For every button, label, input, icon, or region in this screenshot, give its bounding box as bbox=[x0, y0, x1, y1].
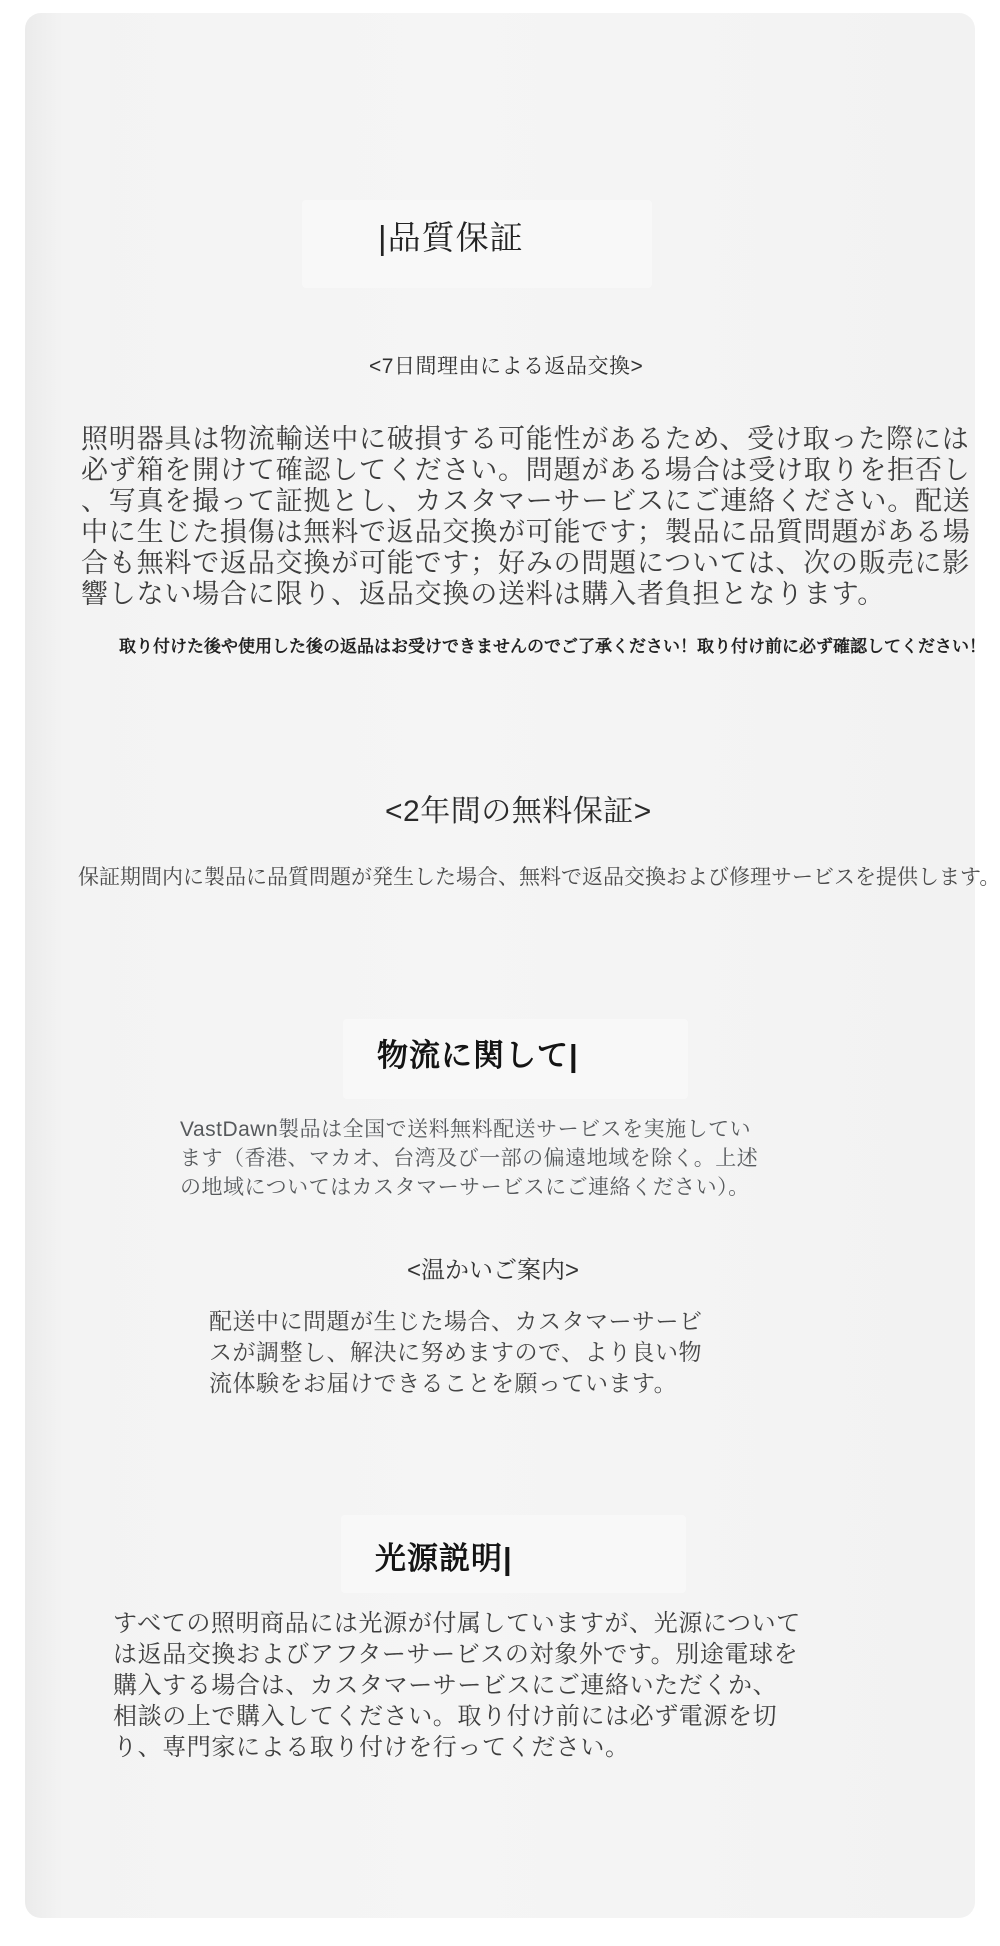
logistics-paragraph: VastDawn製品は全国で送料無料配送サービスを実施してい ます（香港、マカオ… bbox=[180, 1115, 758, 1202]
paragraph-line: 、写真を撮って証拠とし、カスタマーサービスにご連絡ください。配送 bbox=[81, 486, 971, 517]
paragraph-line: は返品交換およびアフターサービスの対象外です。別途電球を bbox=[113, 1639, 801, 1670]
logistics-section-title: 物流に関して| bbox=[377, 1030, 579, 1075]
warranty-description: 保証期間内に製品に品質問題が発生した場合、無料で返品交換および修理サービスを提供… bbox=[78, 861, 1000, 891]
paragraph-line: 合も無料で返品交換が可能です；好みの問題については、次の販売に影 bbox=[81, 548, 971, 579]
warm-notice-heading: <温かいご案内> bbox=[407, 1250, 579, 1285]
paragraph-line: 配送中に問題が生じた場合、カスタマーサービ bbox=[209, 1306, 703, 1337]
paragraph-line: 響しない場合に限り、返品交換の送料は購入者負担となります。 bbox=[81, 579, 971, 610]
paragraph-line: 相談の上で購入してください。取り付け前には必ず電源を切 bbox=[113, 1701, 801, 1732]
quality-guarantee-title: |品質保証 bbox=[378, 212, 524, 259]
paragraph-line: 必ず箱を開けて確認してください。問題がある場合は受け取りを拒否し bbox=[81, 455, 971, 486]
paragraph-line: 照明器具は物流輸送中に破損する可能性があるため、受け取った際には bbox=[81, 424, 971, 455]
paragraph-line: VastDawn製品は全国で送料無料配送サービスを実施してい bbox=[180, 1115, 758, 1144]
warm-notice-paragraph: 配送中に問題が生じた場合、カスタマーサービ スが調整し、解決に努めますので、より… bbox=[209, 1306, 703, 1399]
paragraph-line: の地域についてはカスタマーサービスにご連絡ください）。 bbox=[180, 1173, 758, 1202]
light-source-paragraph: すべての照明商品には光源が付属していますが、光源について は返品交換およびアフタ… bbox=[113, 1608, 801, 1763]
paragraph-line: り、専門家による取り付けを行ってください。 bbox=[113, 1732, 801, 1763]
quality-guarantee-paragraph: 照明器具は物流輸送中に破損する可能性があるため、受け取った際には 必ず箱を開けて… bbox=[81, 424, 971, 610]
paragraph-line: ます（香港、マカオ、台湾及び一部の偏遠地域を除く。上述 bbox=[180, 1144, 758, 1173]
paragraph-line: スが調整し、解決に努めますので、より良い物 bbox=[209, 1337, 703, 1368]
installation-return-note: 取り付けた後や使用した後の返品はお受けできませんのでご了承ください！取り付け前に… bbox=[119, 632, 986, 657]
paragraph-line: すべての照明商品には光源が付属していますが、光源について bbox=[113, 1608, 801, 1639]
paragraph-line: 流体験をお届けできることを願っています。 bbox=[209, 1368, 703, 1399]
seven-day-return-subtitle: <7日間理由による返品交換> bbox=[369, 350, 643, 380]
light-source-section-title: 光源説明| bbox=[375, 1533, 513, 1578]
paragraph-line: 中に生じた損傷は無料で返品交換が可能です；製品に品質問題がある場 bbox=[81, 517, 971, 548]
two-year-warranty-heading: <2年間の無料保証> bbox=[385, 786, 652, 830]
paragraph-line: 購入する場合は、カスタマーサービスにご連絡いただくか、 bbox=[113, 1670, 801, 1701]
